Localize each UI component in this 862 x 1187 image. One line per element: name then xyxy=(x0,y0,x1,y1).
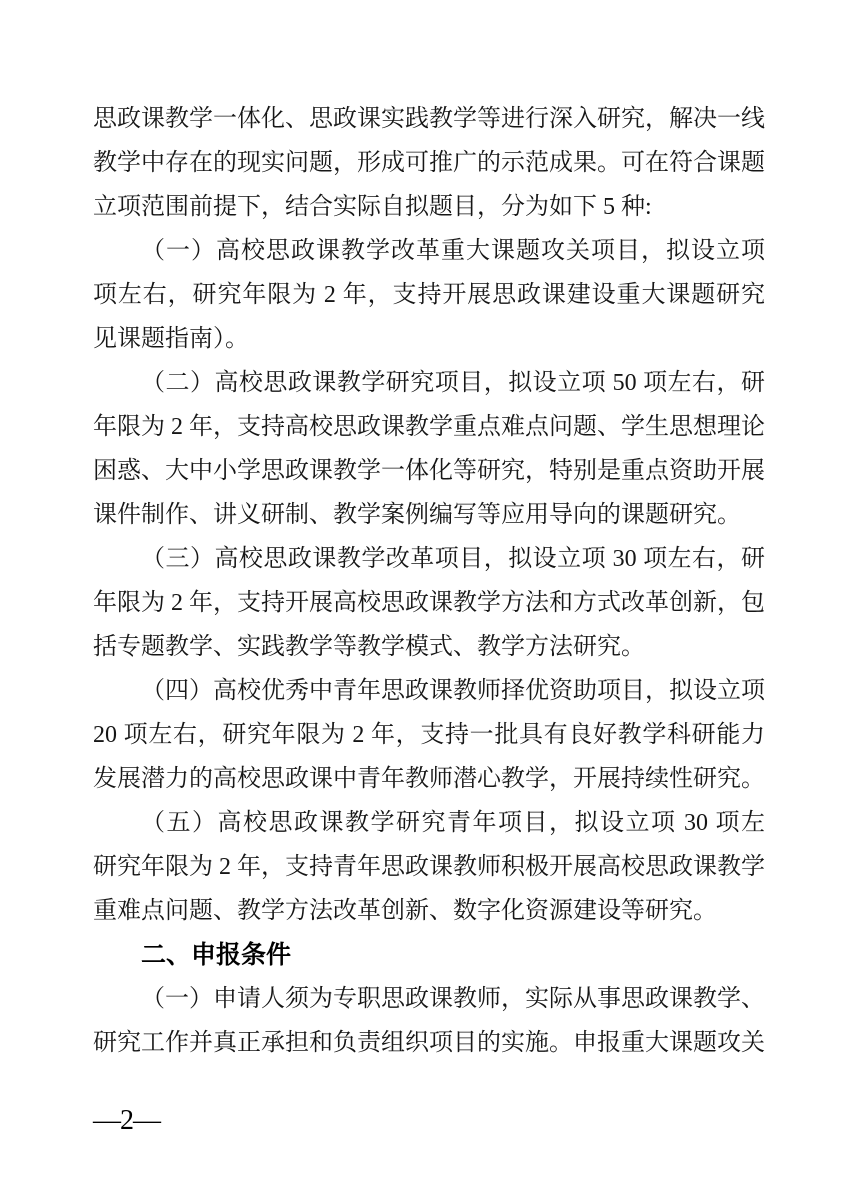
text-line: 研究工作并真正承担和负责组织项目的实施。申报重大课题攻关 xyxy=(93,1021,765,1065)
document-lines: 思政课教学一体化、思政课实践教学等进行深入研究，解决一线教学中存在的现实问题，形… xyxy=(93,97,765,1065)
text-line: （五）高校思政课教学研究青年项目，拟设立项 30 项左右， xyxy=(93,801,765,845)
document-page: 思政课教学一体化、思政课实践教学等进行深入研究，解决一线教学中存在的现实问题，形… xyxy=(0,0,862,1187)
page-number: —2— xyxy=(93,1104,160,1138)
text-line: 括专题教学、实践教学等教学模式、教学方法研究。 xyxy=(93,625,765,669)
text-line: 教学中存在的现实问题，形成可推广的示范成果。可在符合课题 xyxy=(93,141,765,185)
text-line: 研究年限为 2 年，支持青年思政课教师积极开展高校思政课教学 xyxy=(93,845,765,889)
text-line: 项左右，研究年限为 2 年，支持开展思政课建设重大课题研究（详 xyxy=(93,273,765,317)
text-line: 立项范围前提下，结合实际自拟题目，分为如下 5 种: xyxy=(93,185,765,229)
text-line: 困惑、大中小学思政课教学一体化等研究，特别是重点资助开展 xyxy=(93,449,765,493)
text-line: 年限为 2 年，支持开展高校思政课教学方法和方式改革创新，包 xyxy=(93,581,765,625)
text-line: 思政课教学一体化、思政课实践教学等进行深入研究，解决一线 xyxy=(93,97,765,141)
text-line: 20 项左右，研究年限为 2 年，支持一批具有良好教学科研能力和 xyxy=(93,713,765,757)
text-line: （一）申请人须为专职思政课教师，实际从事思政课教学、 xyxy=(93,977,765,1021)
text-line: （四）高校优秀中青年思政课教师择优资助项目，拟设立项 xyxy=(93,669,765,713)
text-line: 年限为 2 年，支持高校思政课教学重点难点问题、学生思想理论 xyxy=(93,405,765,449)
text-line: 发展潜力的高校思政课中青年教师潜心教学，开展持续性研究。 xyxy=(93,757,765,801)
text-line: 见课题指南）。 xyxy=(93,317,765,361)
section-heading: 二、申报条件 xyxy=(93,933,765,977)
text-line: 重难点问题、教学方法改革创新、数字化资源建设等研究。 xyxy=(93,889,765,933)
text-line: 课件制作、讲义研制、教学案例编写等应用导向的课题研究。 xyxy=(93,493,765,537)
text-line: （二）高校思政课教学研究项目，拟设立项 50 项左右，研究 xyxy=(93,361,765,405)
text-line: （一）高校思政课教学改革重大课题攻关项目，拟设立项 10 xyxy=(93,229,765,273)
text-line: （三）高校思政课教学改革项目，拟设立项 30 项左右，研究 xyxy=(93,537,765,581)
